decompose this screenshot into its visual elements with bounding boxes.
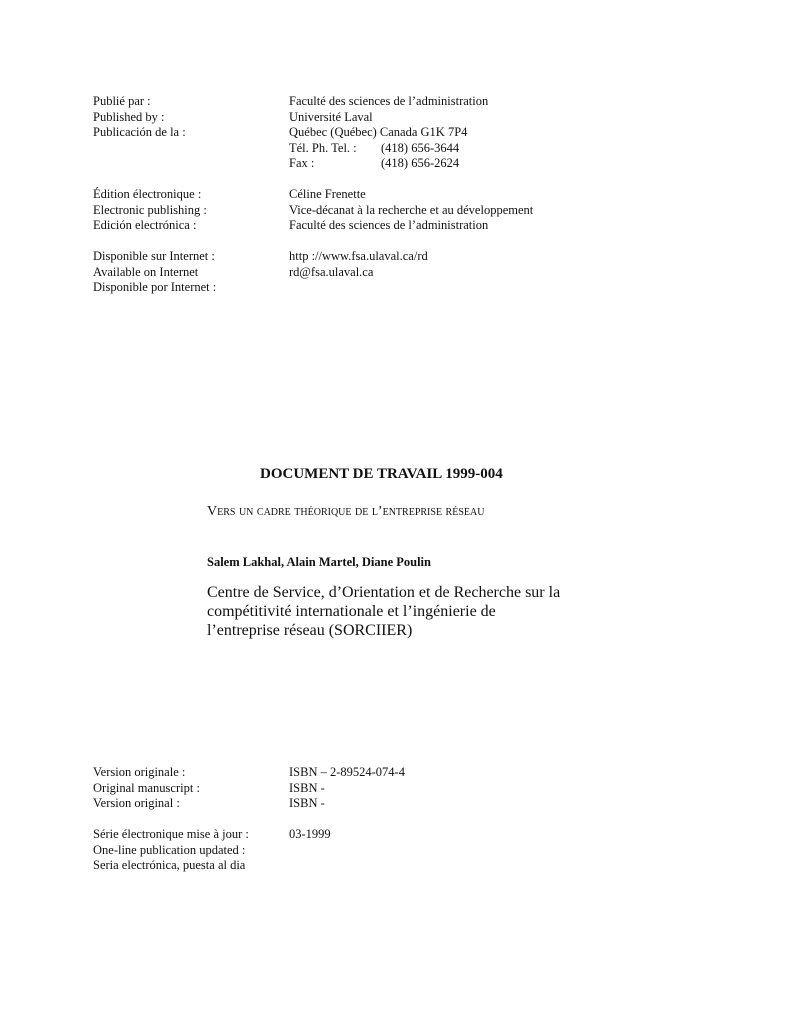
phone-number: (418) 656-3644 (381, 141, 459, 157)
isbn-manuscript: ISBN - (289, 781, 325, 797)
research-centre: Centre de Service, d’Orientation et de R… (207, 583, 567, 640)
version-label-fr: Version originale : (93, 765, 185, 781)
fax-number: (418) 656-2624 (381, 156, 459, 172)
fax-label: Fax : (289, 156, 314, 172)
document-subtitle: Vers un cadre théorique de l’entreprise … (207, 504, 484, 520)
version-label-es: Version original : (93, 796, 180, 812)
document-title: DOCUMENT DE TRAVAIL 1999-004 (260, 466, 503, 483)
email-link[interactable]: rd@fsa.ulaval.ca (289, 265, 373, 281)
document-authors: Salem Lakhal, Alain Martel, Diane Poulin (207, 555, 431, 570)
electronic-edition-editor: Céline Frenette (289, 187, 366, 203)
publisher-address: Québec (Québec) Canada G1K 7P4 (289, 125, 467, 141)
internet-label-es: Disponible por Internet : (93, 280, 216, 296)
electronic-edition-faculty: Faculté des sciences de l’administration (289, 218, 488, 234)
internet-label-fr: Disponible sur Internet : (93, 249, 215, 265)
isbn-original: ISBN – 2-89524-074-4 (289, 765, 405, 781)
series-label-en: One-line publication updated : (93, 843, 245, 859)
publisher-university: Université Laval (289, 110, 373, 126)
internet-label-en: Available on Internet (93, 265, 198, 281)
isbn-version: ISBN - (289, 796, 325, 812)
electronic-edition-office: Vice-décanat à la recherche et au dévelo… (289, 203, 533, 219)
series-update-date: 03-1999 (289, 827, 331, 843)
publisher-label-es: Publicación de la : (93, 125, 186, 141)
publisher-label-fr: Publié par : (93, 94, 151, 110)
series-label-es: Seria electrónica, puesta al dia (93, 858, 245, 874)
series-label-fr: Série électronique mise à jour : (93, 827, 249, 843)
publisher-faculty: Faculté des sciences de l’administration (289, 94, 488, 110)
electronic-edition-label-fr: Édition électronique : (93, 187, 201, 203)
version-label-en: Original manuscript : (93, 781, 200, 797)
publisher-label-en: Published by : (93, 110, 165, 126)
electronic-edition-label-es: Edición electrónica : (93, 218, 196, 234)
phone-label: Tél. Ph. Tel. : (289, 141, 357, 157)
website-link[interactable]: http ://www.fsa.ulaval.ca/rd (289, 249, 428, 265)
electronic-edition-label-en: Electronic publishing : (93, 203, 207, 219)
